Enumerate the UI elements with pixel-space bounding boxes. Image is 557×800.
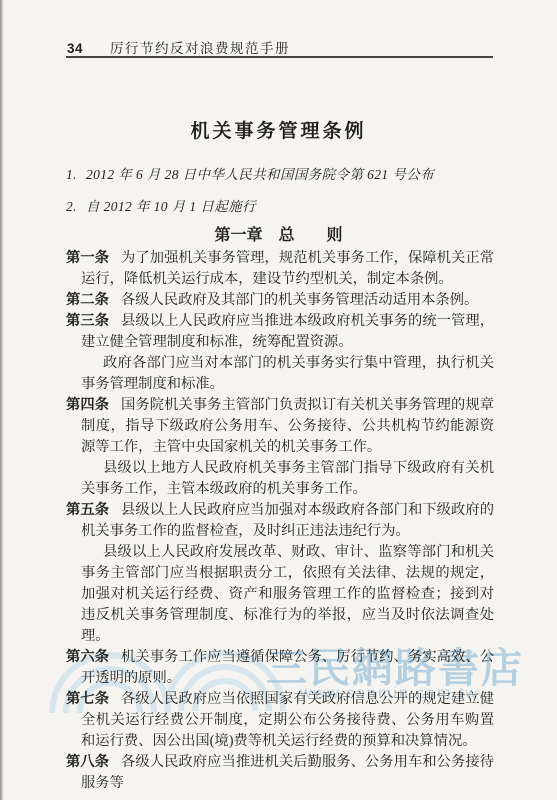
note-number: 2. (66, 199, 77, 214)
article-paragraph-continued: 政府各部门应当对本部门的机关事务实行集中管理，执行机关事务管理制度和标准。 (66, 353, 494, 395)
article-label: 第八条 (66, 754, 109, 770)
page-number: 34 (67, 41, 83, 56)
book-page: 34 厉行节约反对浪费规范手册 三民網路書店 www.sanmin.com.tw… (0, 0, 557, 800)
scan-edge-shadow (0, 0, 4, 800)
note-item: 1.2012 年 6 月 28 日中华人民共和国国务院令第 621 号公布 (66, 163, 434, 183)
article-paragraph: 第三条县级以上人民政府应当推进本级政府机关事务的统一管理，建立健全管理制度和标准… (66, 311, 494, 353)
note-item: 2.自 2012 年 10 月 1 日起施行 (66, 195, 434, 215)
article-label: 第三条 (66, 313, 109, 329)
article-paragraph: 第一条为了加强机关事务管理，规范机关事务工作，保障机关正常运行，降低机关运行成本… (66, 248, 494, 290)
article-label: 第一条 (66, 250, 109, 266)
chapter-heading: 第一章 总 则 (0, 222, 557, 245)
page-header: 34 厉行节约反对浪费规范手册 (67, 37, 493, 57)
article-label: 第七条 (66, 691, 109, 707)
articles-container: 第一条为了加强机关事务管理，规范机关事务工作，保障机关正常运行，降低机关运行成本… (66, 248, 494, 794)
article-label: 第五条 (66, 502, 109, 518)
running-title: 厉行节约反对浪费规范手册 (110, 37, 290, 57)
article-label: 第六条 (66, 649, 109, 665)
article-paragraph: 第五条县级以上人民政府应当加强对本级政府各部门和下级政府的机关事务工作的监督检查… (66, 500, 494, 542)
note-text: 自 2012 年 10 月 1 日起施行 (86, 199, 256, 214)
note-number: 1. (66, 167, 77, 182)
article-label: 第四条 (66, 397, 109, 413)
header-rule (66, 56, 493, 58)
article-paragraph: 第四条国务院机关事务主管部门负责拟订有关机关事务管理的规章制度，指导下级政府公务… (66, 395, 494, 458)
article-label: 第二条 (66, 292, 109, 308)
article-paragraph-continued: 县级以上地方人民政府机关事务主管部门指导下级政府有关机关事务工作，主管本级政府的… (66, 458, 494, 500)
article-paragraph-continued: 县级以上人民政府发展改革、财政、审计、监察等部门和机关事务主管部门应当根据职责分… (66, 542, 494, 647)
promulgation-notes: 1.2012 年 6 月 28 日中华人民共和国国务院令第 621 号公布 2.… (66, 163, 434, 227)
article-paragraph: 第二条各级人民政府及其部门的机关事务管理活动适用本条例。 (66, 290, 494, 311)
article-paragraph: 第八条各级人民政府应当推进机关后勤服务、公务用车和公务接待服务等 (66, 752, 494, 794)
note-text: 2012 年 6 月 28 日中华人民共和国国务院令第 621 号公布 (86, 167, 434, 182)
document-title: 机关事务管理条例 (0, 116, 557, 143)
article-paragraph: 第六条机关事务工作应当遵循保障公务、厉行节约、务实高效、公开透明的原则。 (66, 647, 494, 689)
article-paragraph: 第七条各级人民政府应当依照国家有关政府信息公开的规定建立健全机关运行经费公开制度… (66, 689, 494, 752)
